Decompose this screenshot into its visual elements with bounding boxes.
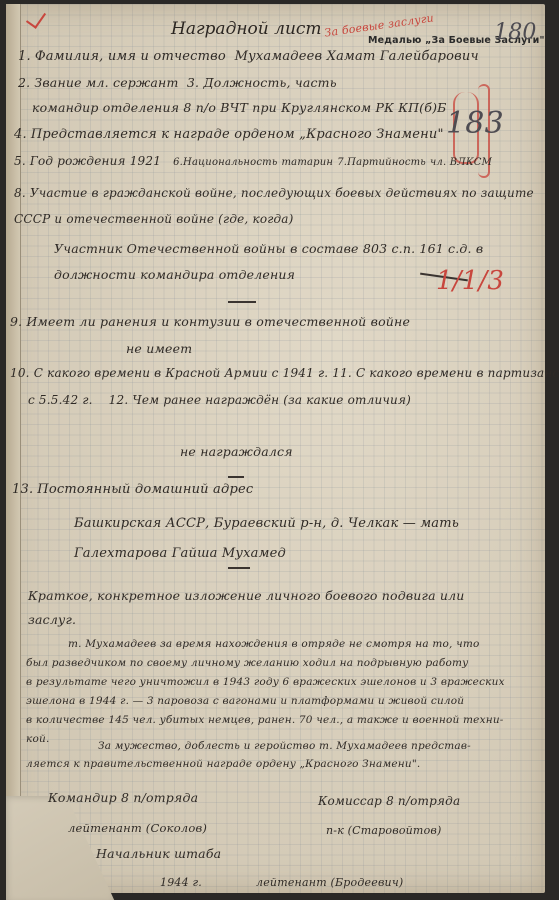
- separator-dash: [228, 567, 250, 569]
- commissar-rank-name: п-к (Старовойтов): [326, 824, 441, 837]
- field-13-value: Башкирская АССР, Бураевский р-н, д. Челк…: [74, 509, 494, 569]
- commander-title: Командир 8 п/отряда: [48, 790, 198, 805]
- summary-line: был разведчиком по своему личному желани…: [26, 657, 468, 669]
- field-5-6-7: 5.Год рождения 1921 6.Национальность тат…: [14, 154, 492, 168]
- summary-line: эшелона в 1944 г. — 3 паровоза с вагонам…: [26, 695, 464, 707]
- summary-line: За мужество, доблесть и геройство т. Мух…: [98, 740, 471, 752]
- document-title: Наградной лист: [171, 19, 322, 39]
- pencil-number-top: 180: [494, 20, 537, 45]
- field-4: 4.Представляется к награде орденом „Крас…: [14, 127, 444, 142]
- summary-line: кой.: [26, 733, 50, 745]
- commissar-title: Комиссар 8 п/отряда: [318, 794, 460, 808]
- red-checkmark-icon: [26, 7, 46, 29]
- pencil-number-side: 183: [446, 106, 504, 141]
- field-3-value: командир отделения 8 п/о ВЧТ при Круглян…: [32, 100, 447, 115]
- summary-line: ляется к правительственной награде орден…: [26, 758, 420, 770]
- red-side-mark: 1/1/3: [436, 266, 504, 296]
- field-12-value: не награждался: [180, 444, 293, 459]
- field-1: 1.Фамилия, имя и отчество Мухамадеев Хам…: [18, 49, 479, 64]
- field-8-value: Участник Отечественной войны в составе 8…: [54, 236, 494, 288]
- chief-rank-name: лейтенант (Бродеевич): [256, 876, 403, 889]
- summary-line: в результате чего уничтожил в 1943 году …: [26, 676, 505, 688]
- field-8-label: 8.Участие в гражданской войне, последующ…: [14, 180, 534, 232]
- field-9-value: не имеет: [126, 341, 192, 356]
- signature-date: 1944 г.: [160, 876, 202, 889]
- separator-dash: [228, 476, 244, 478]
- summary-heading: Краткое, конкретное изложение личного бо…: [28, 584, 498, 632]
- summary-line: т. Мухамадеев за время нахождения в отря…: [68, 638, 480, 650]
- summary-line: в количестве 145 чел. убитых немцев, ран…: [26, 714, 504, 726]
- field-2-3: 2.Звание мл. сержант 3. Должность, часть: [18, 75, 337, 90]
- field-10-11: 10.С какого времени в Красной Армии с 19…: [10, 366, 559, 380]
- separator-dash: [228, 301, 256, 303]
- commander-rank-name: лейтенант (Соколов): [68, 821, 207, 835]
- field-9: 9.Имеет ли ранения и контузии в отечеств…: [10, 314, 410, 329]
- chief-of-staff-title: Начальник штаба: [96, 846, 221, 861]
- award-sheet: Наградной лист За боевые заслуги Медалью…: [6, 4, 545, 893]
- field-11-value-12: с 5.5.42 г. 12. Чем ранее награждён (за …: [28, 393, 411, 407]
- field-13: 13.Постоянный домашний адрес: [12, 482, 253, 497]
